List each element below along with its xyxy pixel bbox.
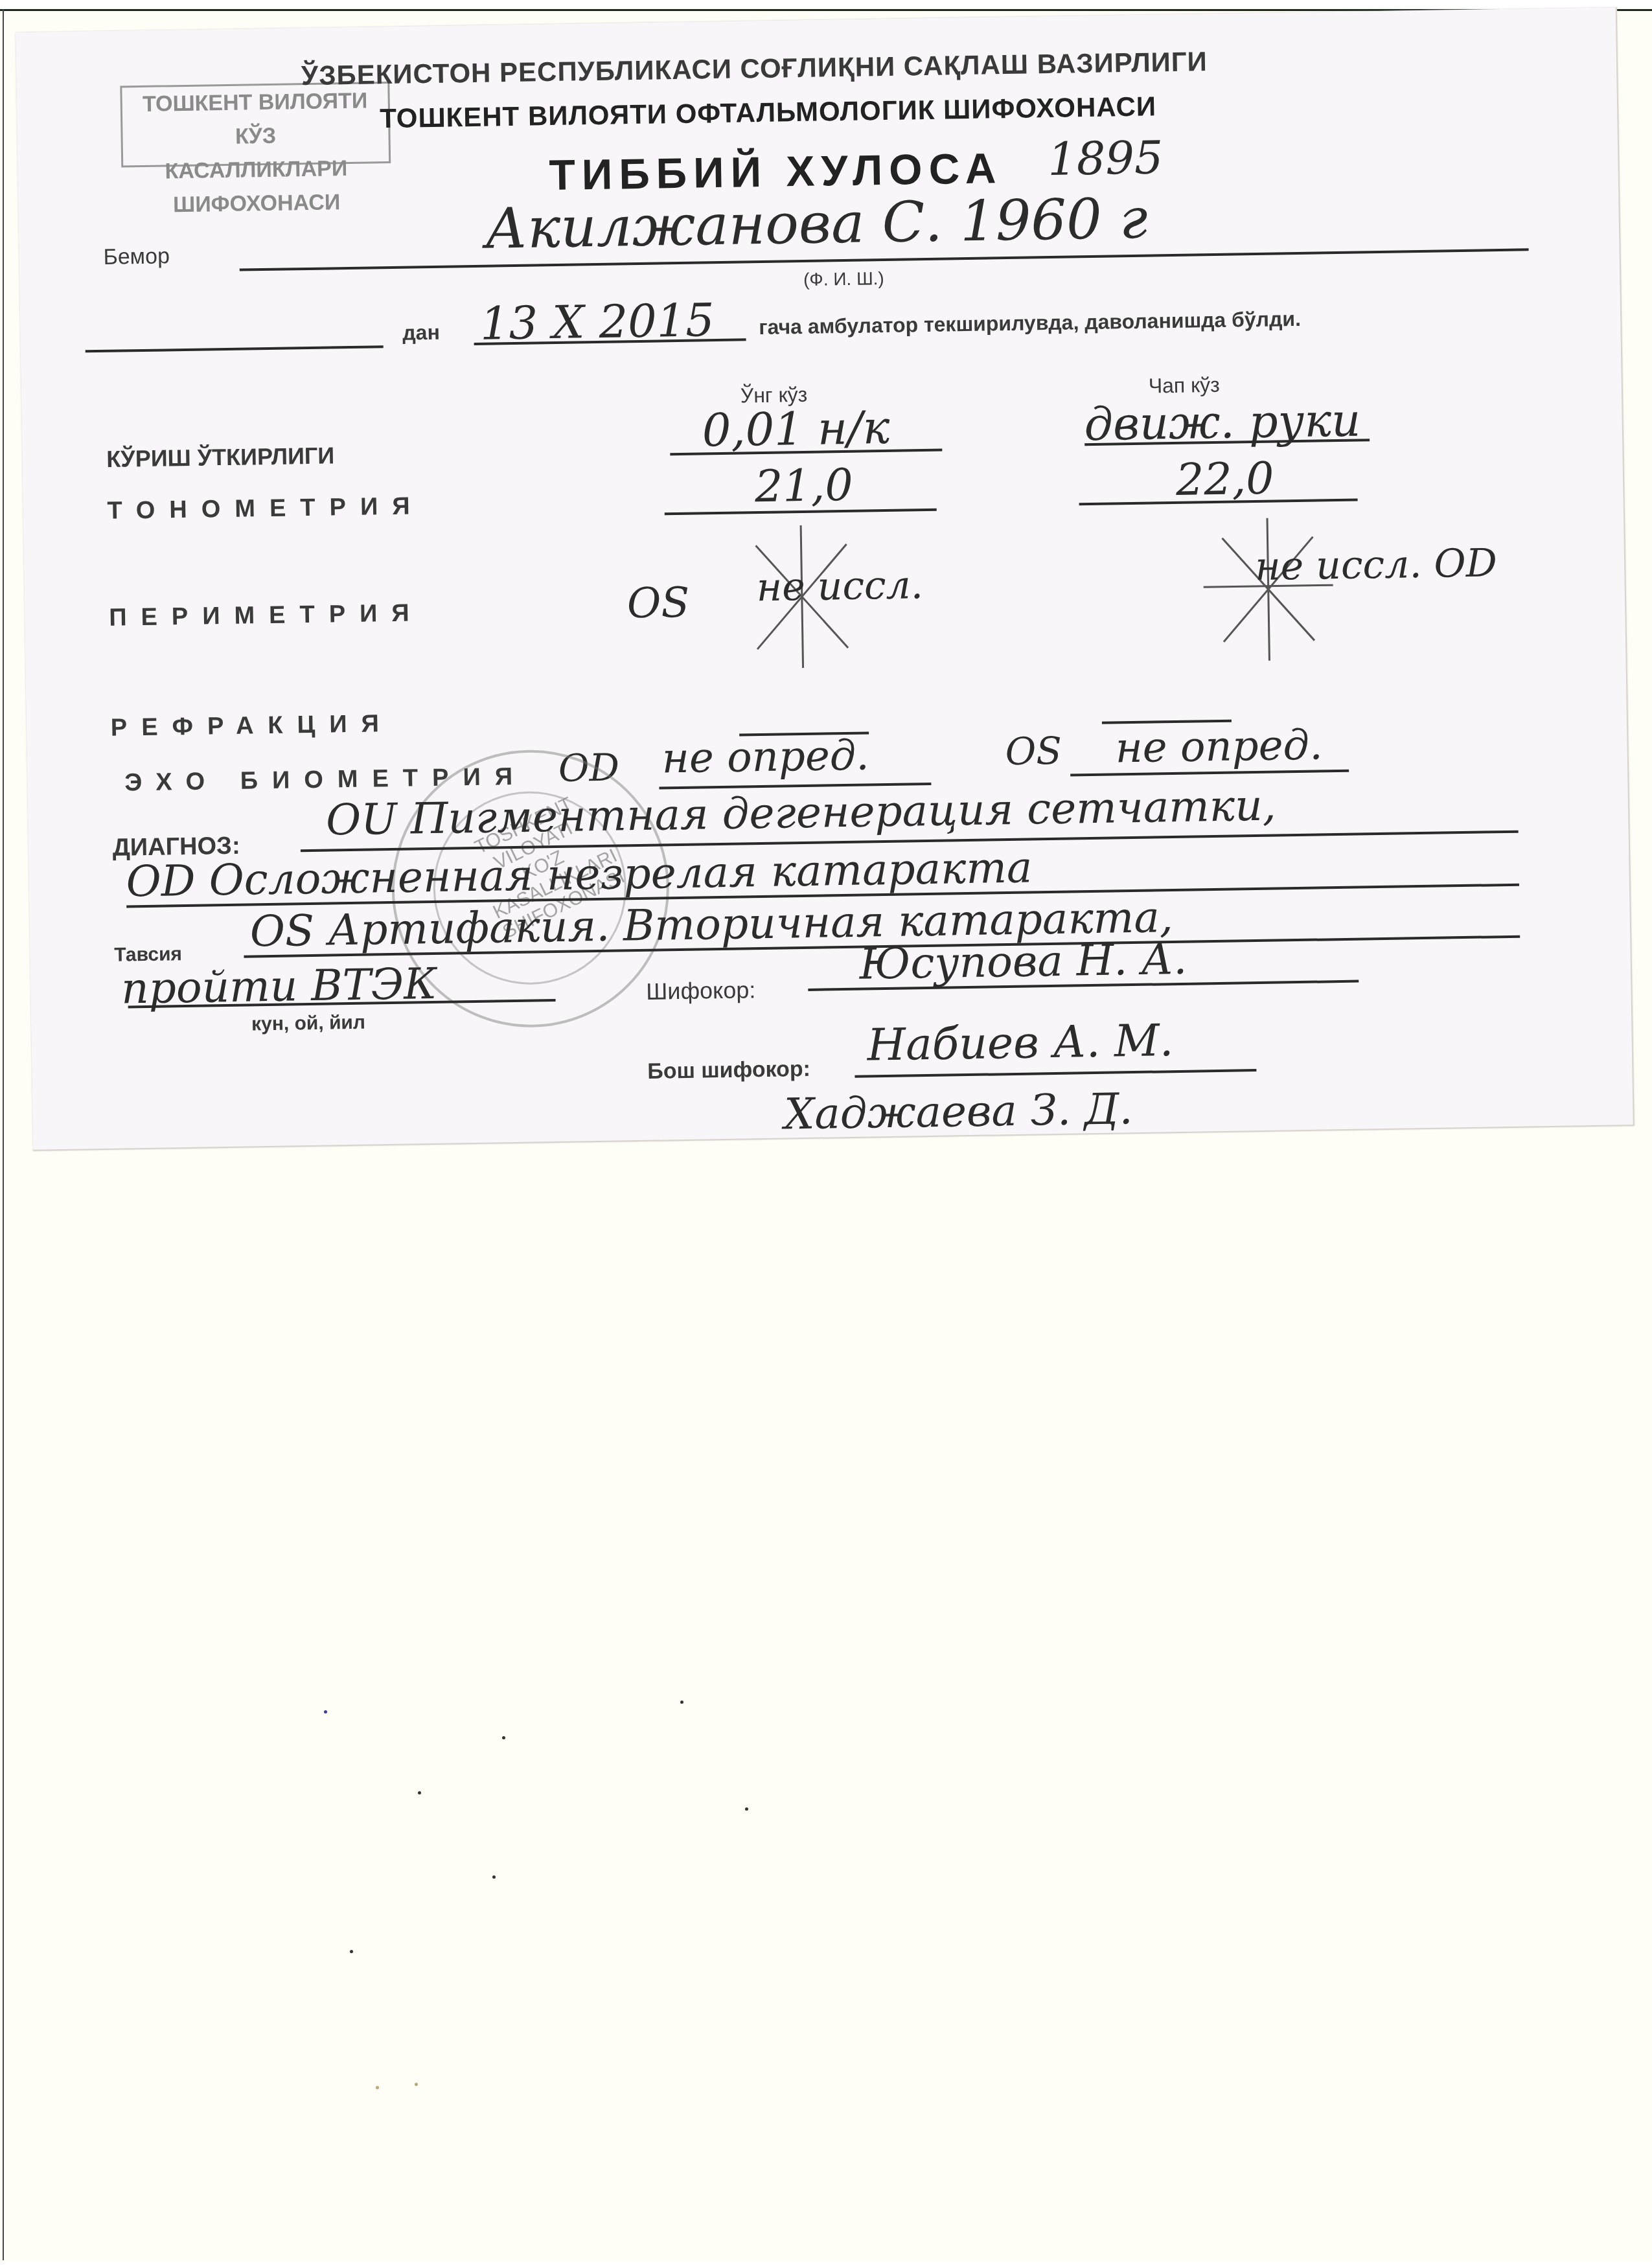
visual-acuity-label: КЎРИШ ЎТКИРЛИГИ	[106, 442, 334, 473]
tonometry-label: ТОНОМЕТРИЯ	[107, 492, 424, 525]
doctor-signature: Юсупова Н. А.	[859, 934, 1187, 989]
additional-signature: Хаджаева З. Д.	[784, 1084, 1133, 1139]
perimetry-label: ПЕРИМЕТРИЯ	[109, 599, 424, 632]
chief-doctor-signature: Набиев А. М.	[867, 1015, 1174, 1071]
ministry-heading: ЎЗБЕКИСТОН РЕСПУБЛИКАСИ СОҒЛИҚНИ САҚЛАШ …	[301, 46, 1208, 91]
perimetry-right-prefix: OS	[626, 579, 689, 628]
refraction-label: РЕФРАКЦИЯ	[111, 710, 394, 742]
period-suffix: гача амбулатор текширилувда, даволанишда…	[759, 307, 1301, 339]
scan-speck	[502, 1736, 505, 1739]
scan-left-edge	[3, 9, 4, 2260]
left-eye-header: Чап кўз	[1149, 373, 1221, 398]
document-number: 1895	[1048, 131, 1164, 186]
visual-acuity-right: 0,01 н/к	[702, 401, 890, 457]
scan-speck	[492, 1875, 496, 1879]
scan-top-margin	[0, 0, 1652, 9]
scan-speck	[324, 1710, 327, 1713]
hospital-heading: ТОШКЕНТ ВИЛОЯТИ ОФТАЛЬМОЛОГИК ШИФОХОНАСИ	[380, 91, 1157, 134]
scan-speck	[418, 1791, 421, 1794]
corner-stamp-line1: ТОШКЕНТ ВИЛОЯТИ КЎЗ	[122, 84, 389, 155]
tonometry-right: 21,0	[755, 460, 854, 512]
perimetry-left: не иссл. OD	[1255, 540, 1498, 590]
corner-stamp-line2: КАСАЛЛИКЛАРИ ШИФОХОНАСИ	[123, 151, 390, 222]
chief-doctor-label: Бош шифокор:	[647, 1057, 810, 1084]
scan-speck	[415, 2083, 418, 2086]
echo-biometry-left-prefix: OS	[1005, 729, 1062, 773]
scan-speck	[376, 2086, 379, 2089]
echo-biometry-left: не опред.	[1115, 721, 1323, 772]
corner-stamp: ТОШКЕНТ ВИЛОЯТИ КЎЗ КАСАЛЛИКЛАРИ ШИФОХОН…	[120, 82, 391, 168]
scan-bottom-margin	[0, 2260, 1652, 2268]
patient-caption: (Ф. И. Ш.)	[803, 268, 884, 290]
perimetry-left-field-diagram	[1202, 517, 1335, 665]
patient-label: Бемор	[103, 244, 170, 270]
echo-biometry-right: не опред.	[661, 731, 869, 783]
scan-speck	[680, 1701, 683, 1704]
tonometry-left: 22,0	[1175, 453, 1274, 506]
recommendation-caption: кун, ой, йил	[251, 1012, 365, 1036]
medical-certificate-sheet: ТОШКЕНТ ВИЛОЯТИ КЎЗ КАСАЛЛИКЛАРИ ШИФОХОН…	[16, 7, 1635, 1151]
period-from-underline	[86, 345, 384, 352]
patient-name: Акилжанова С. 1960 г	[485, 187, 1148, 262]
perimetry-right: не иссл.	[756, 562, 923, 610]
period-from-suffix: дан	[402, 321, 440, 345]
scan-speck	[745, 1807, 748, 1811]
doctor-label: Шифокор:	[646, 976, 756, 1005]
scan-speck	[350, 1950, 353, 1953]
